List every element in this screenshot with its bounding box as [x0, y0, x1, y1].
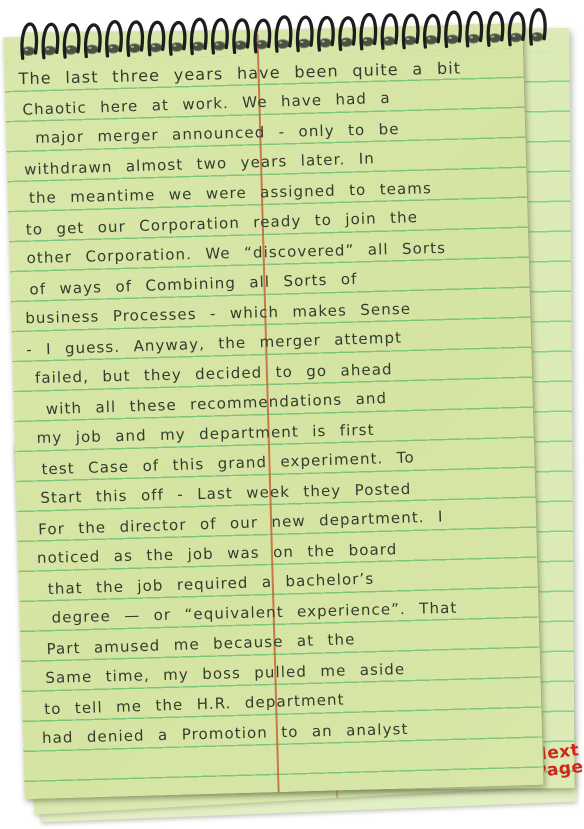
spiral-loop: [403, 15, 419, 48]
spiral-loop: [509, 13, 525, 45]
spiral-loop: [466, 12, 482, 46]
spiral-loop: [85, 25, 101, 57]
spiral-loop: [148, 22, 164, 55]
spiral-loop: [360, 14, 376, 48]
notebook-page: The last three years have been quite a b…: [3, 23, 544, 799]
spiral-loop: [233, 20, 249, 53]
spiral-loop: [64, 24, 80, 57]
spiral-loop: [254, 20, 270, 52]
spiral-loop: [21, 24, 37, 58]
spiral-loop: [170, 22, 186, 54]
spiral-loop: [191, 19, 207, 53]
spiral-loop: [445, 12, 461, 46]
spiral-loop: [297, 17, 313, 51]
notebook-photo: Next Page The last three years have been…: [0, 0, 584, 829]
spiral-loop: [127, 22, 143, 56]
spiral-loop: [382, 15, 398, 49]
spiral-loop: [318, 17, 334, 50]
spiral-loop: [276, 17, 292, 51]
spiral-loop: [530, 10, 546, 44]
spiral-loop: [339, 18, 355, 50]
spiral-loop: [212, 19, 228, 53]
spiral-loop: [106, 21, 122, 55]
spiral-loop: [424, 15, 440, 47]
spiral-loop: [488, 13, 504, 46]
spiral-loop: [43, 24, 59, 58]
